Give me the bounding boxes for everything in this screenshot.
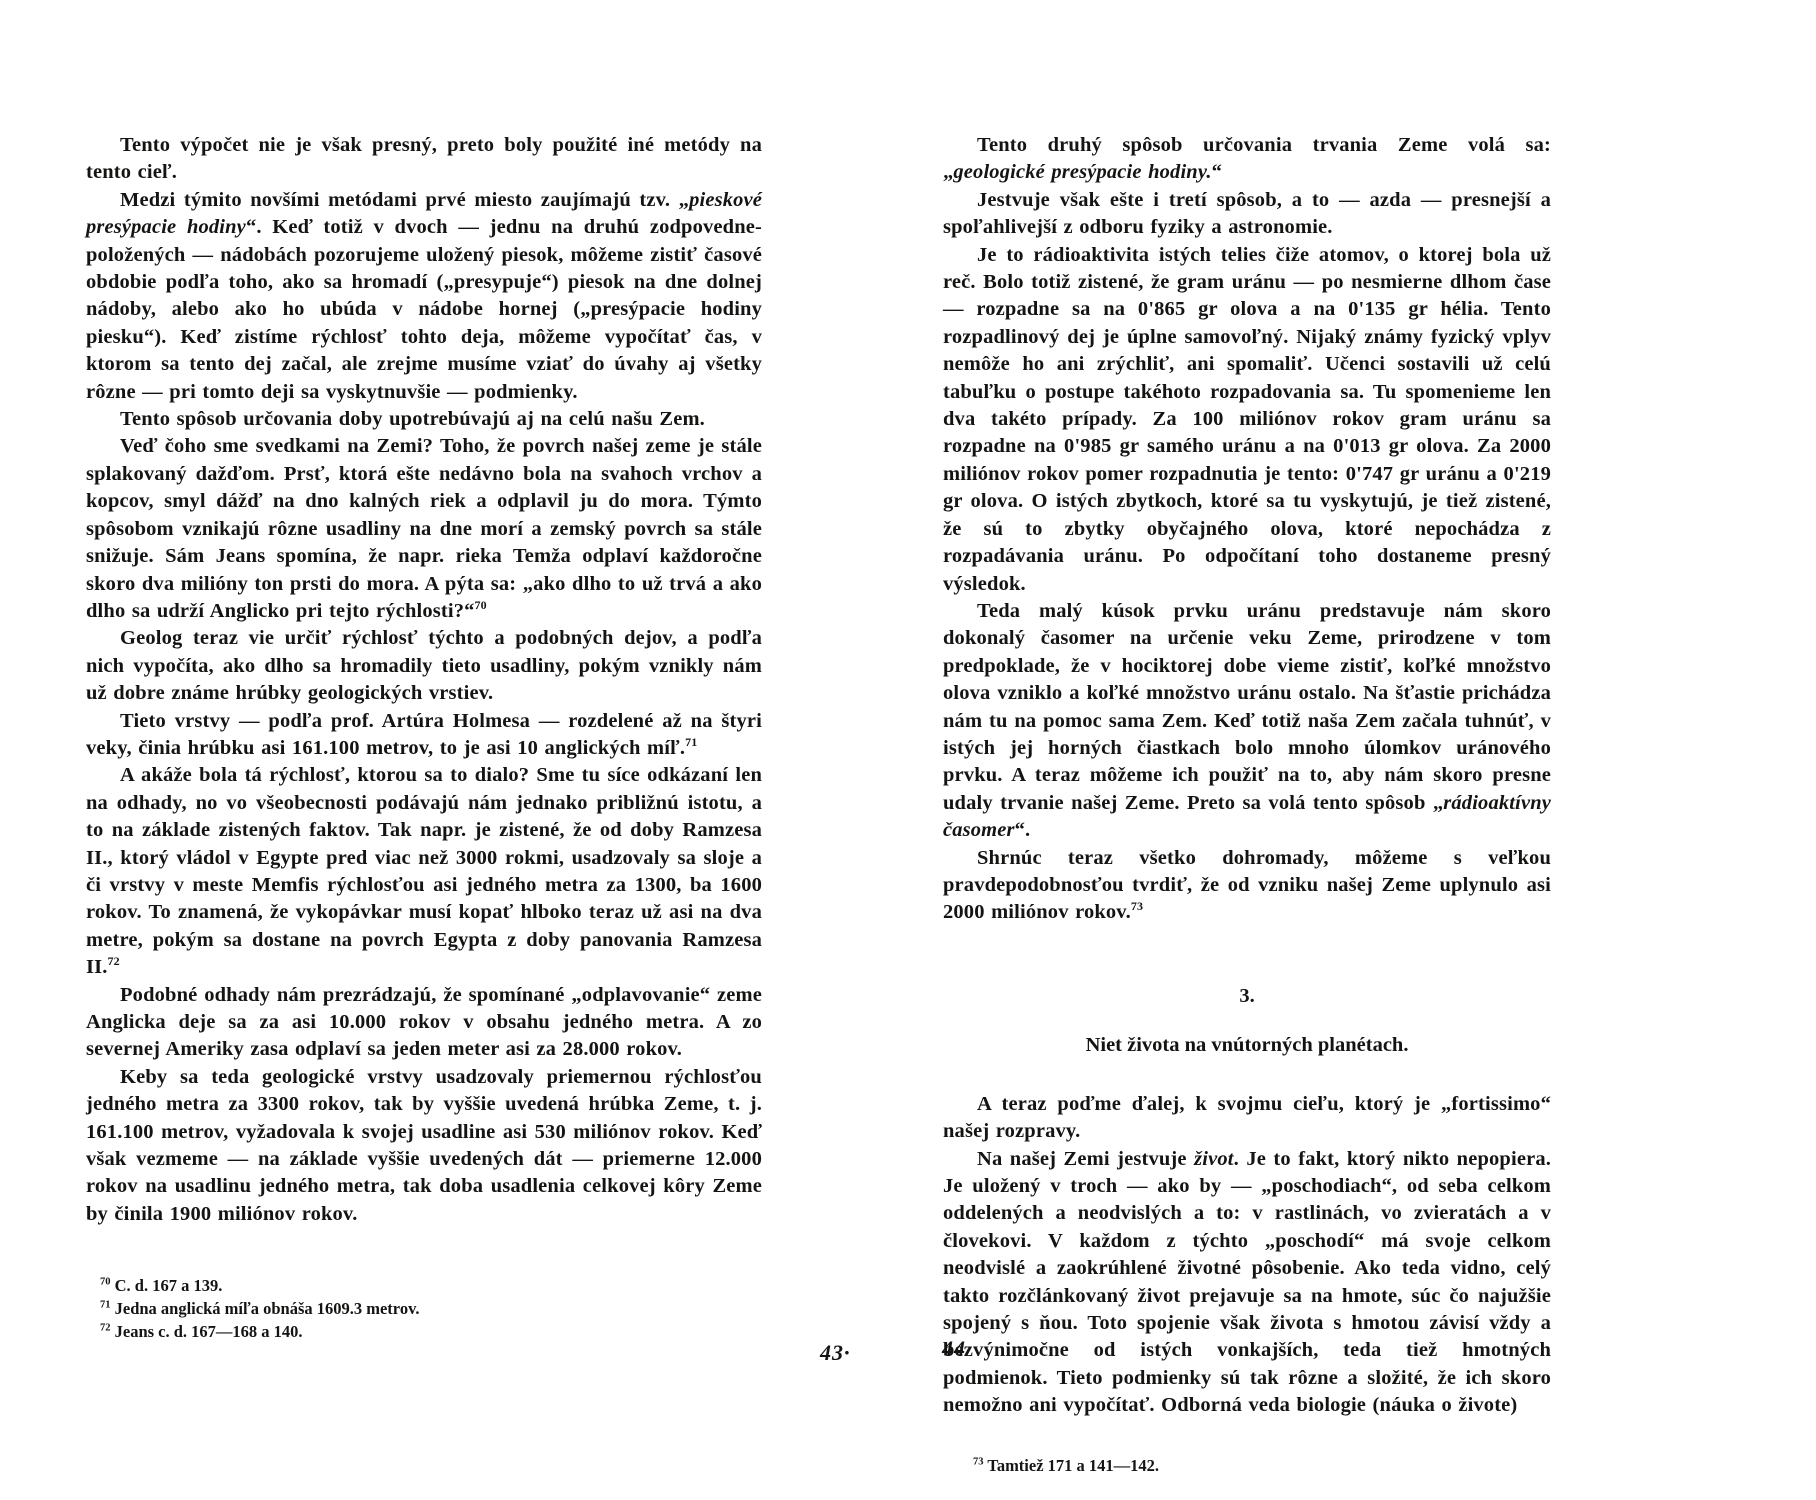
footnote-marker: 71 [100, 1300, 111, 1311]
section-number: 3. [943, 985, 1551, 1008]
footnote-marker: 72 [100, 1323, 111, 1334]
right-page-body-text-bottom: A teraz poďme ďalej, k svojmu cieľu, kto… [943, 1091, 1551, 1420]
footnote-text: Tamtiež 171 a 141—142. [984, 1456, 1160, 1475]
paragraph: Tento spôsob určovania doby upotrebúvajú… [86, 406, 762, 433]
paragraph: Veď čoho sme svedkami na Zemi? Toho, že … [86, 433, 762, 625]
footnote-reference: 70 [475, 598, 487, 612]
footnote-text: C. d. 167 a 139. [111, 1276, 223, 1295]
text-segment: “ [1212, 161, 1222, 183]
text-segment: Je to rádioaktivita istých telies čiže a… [943, 244, 1551, 595]
footnote-marker: 73 [973, 1456, 984, 1467]
footnote-text: Jeans c. d. 167—168 a 140. [111, 1322, 303, 1341]
paragraph: Tento druhý spôsob určovania trvania Zem… [943, 132, 1551, 187]
text-segment: Tento výpočet nie je však presný, preto … [86, 134, 762, 183]
text-segment: A teraz poďme ďalej, k svojmu cieľu, kto… [943, 1093, 1551, 1142]
paragraph: Podobné odhady nám prezrádzajú, že spomí… [86, 982, 762, 1064]
left-page-footnotes: 70 C. d. 167 a 139.71 Jedna anglická míľ… [86, 1274, 762, 1343]
right-page-footnotes: 73 Tamtiež 171 a 141—142. [943, 1454, 1551, 1477]
section-title: Niet života na vnútorných planétach. [943, 1034, 1551, 1057]
footnote: 70 C. d. 167 a 139. [86, 1274, 762, 1297]
text-segment: Podobné odhady nám prezrádzajú, že spomí… [86, 984, 762, 1061]
footnote-reference: 73 [1131, 900, 1143, 914]
book-scan-spread: { "page_left": { "number": "43·", "parag… [0, 0, 1816, 1500]
footnote: 71 Jedna anglická míľa obnáša 1609.3 met… [86, 1297, 762, 1320]
text-segment: . Je to fakt, ktorý nikto nepopiera. Je … [943, 1148, 1551, 1417]
text-segment: Na našej Zemi jestvuje [977, 1148, 1194, 1170]
paragraph: Shrnúc teraz všetko dohromady, môžeme s … [943, 845, 1551, 927]
text-segment: geologické presýpacie hodiny. [953, 161, 1211, 183]
footnote-reference: 71 [685, 735, 697, 749]
paragraph: Keby sa teda geologické vrstvy usadzoval… [86, 1064, 762, 1228]
page-number-left: 43· [820, 1340, 851, 1366]
text-segment: Tieto vrstvy — podľa prof. Artúra Holmes… [86, 710, 762, 759]
paragraph: Je to rádioaktivita istých telies čiže a… [943, 242, 1551, 598]
text-segment: život [1194, 1148, 1233, 1170]
book-page-right: Tento druhý spôsob určovania trvania Zem… [943, 132, 1551, 1477]
footnote-marker: 70 [100, 1277, 111, 1288]
paragraph: Na našej Zemi jestvuje život. Je to fakt… [943, 1146, 1551, 1420]
text-segment: Geolog teraz vie určiť rýchlosť týchto a… [86, 627, 762, 704]
text-segment: Tento spôsob určovania doby upotrebúvajú… [120, 408, 705, 430]
paragraph: Tieto vrstvy — podľa prof. Artúra Holmes… [86, 708, 762, 763]
paragraph: Tento výpočet nie je však presný, preto … [86, 132, 762, 187]
text-segment: Shrnúc teraz všetko dohromady, môžeme s … [943, 847, 1551, 924]
book-page-left: Tento výpočet nie je však presný, preto … [86, 132, 762, 1343]
text-segment: Keby sa teda geologické vrstvy usadzoval… [86, 1066, 762, 1225]
text-segment: Jestvuje však ešte i tretí spôsob, a to … [943, 189, 1551, 238]
footnote: 73 Tamtiež 171 a 141—142. [943, 1454, 1551, 1477]
text-segment: Teda malý kúsok prvku uránu predstavuje … [943, 600, 1551, 814]
paragraph: Medzi týmito novšími metódami prvé miest… [86, 187, 762, 406]
footnote: 72 Jeans c. d. 167—168 a 140. [86, 1320, 762, 1343]
text-segment: Medzi týmito novšími metódami prvé miest… [120, 189, 689, 211]
paragraph: Jestvuje však ešte i tretí spôsob, a to … [943, 187, 1551, 242]
text-segment: “. Keď totiž v dvoch — jednu na druhú zo… [86, 216, 762, 402]
paragraph: Teda malý kúsok prvku uránu predstavuje … [943, 598, 1551, 845]
footnote-reference: 72 [108, 954, 120, 968]
footnote-text: Jedna anglická míľa obnáša 1609.3 metrov… [111, 1299, 420, 1318]
left-page-body-text: Tento výpočet nie je však presný, preto … [86, 132, 762, 1228]
paragraph: A akáže bola tá rýchlosť, ktorou sa to d… [86, 762, 762, 981]
paragraph: Geolog teraz vie určiť rýchlosť týchto a… [86, 625, 762, 707]
text-segment: “. [1015, 819, 1031, 841]
right-page-body-text-top: Tento druhý spôsob určovania trvania Zem… [943, 132, 1551, 927]
paragraph: A teraz poďme ďalej, k svojmu cieľu, kto… [943, 1091, 1551, 1146]
text-segment: A akáže bola tá rýchlosť, ktorou sa to d… [86, 764, 762, 978]
text-segment: Veď čoho sme svedkami na Zemi? Toho, že … [86, 435, 762, 621]
page-number-right: 44 [942, 1336, 966, 1362]
